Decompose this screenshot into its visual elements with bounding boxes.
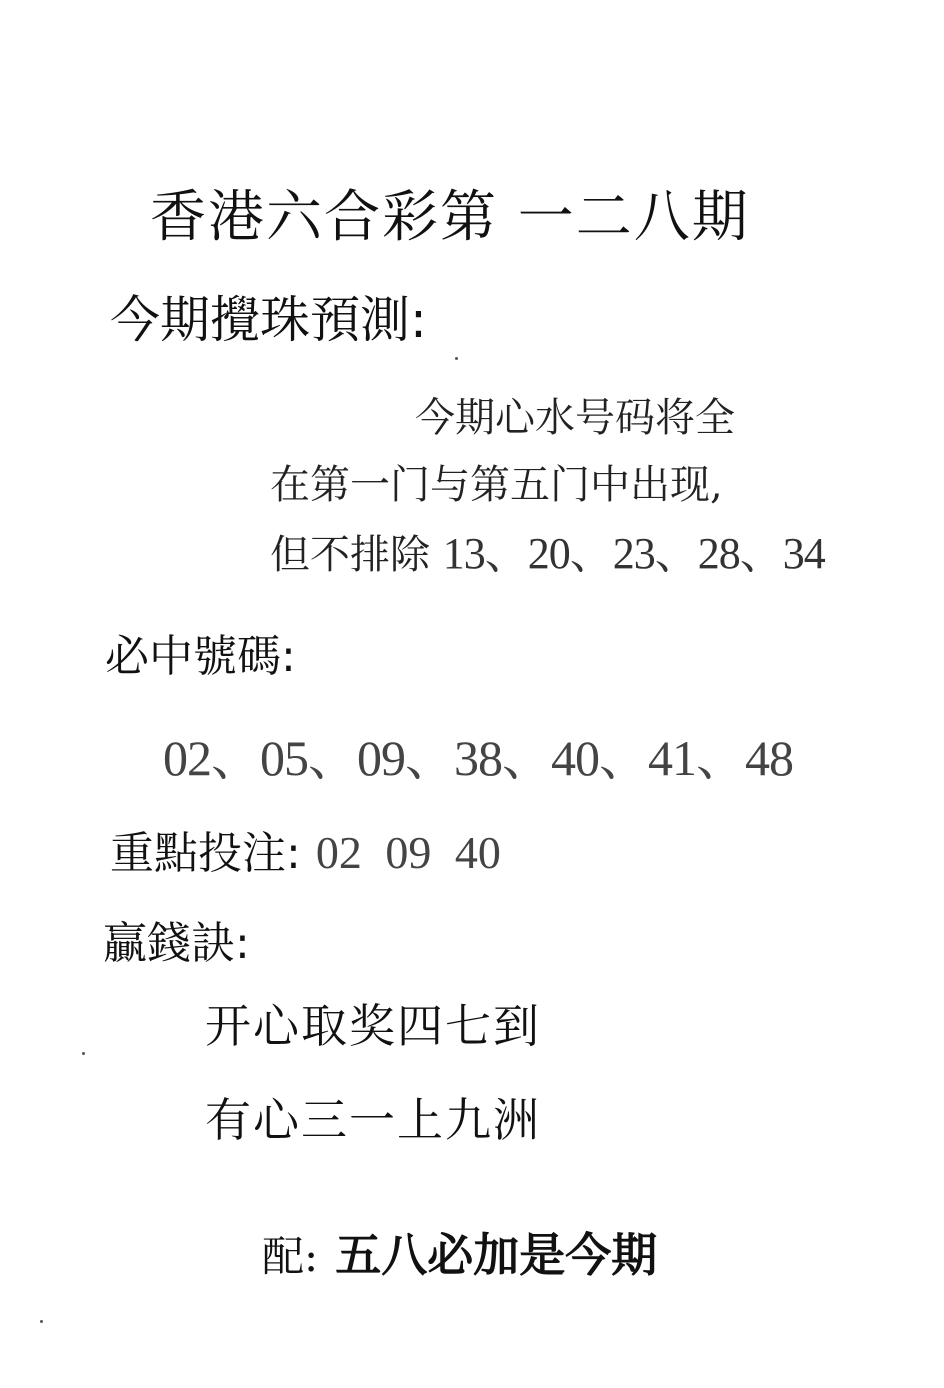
- match-row: 配: 五八必加是今期: [262, 1232, 657, 1278]
- must-hit-numbers: 02、05、09、38、40、41、48: [163, 733, 793, 783]
- match-text: 五八必加是今期: [335, 1228, 657, 1282]
- prediction-exclusion-text: 但不排除: [270, 532, 430, 578]
- prediction-label: 今期攪珠預測:: [110, 295, 427, 345]
- must-hit-label: 必中號碼:: [105, 635, 296, 679]
- excluded-numbers: 13、20、23、28、34: [443, 529, 825, 578]
- winning-verse-1: 开心取奖四七到: [205, 1003, 541, 1049]
- match-label: 配:: [262, 1232, 318, 1281]
- winning-verse-2: 有心三一上九洲: [205, 1097, 541, 1143]
- winning-tip-label: 贏錢訣:: [103, 922, 250, 966]
- focus-bet-numbers: 02 09 40: [316, 827, 501, 878]
- focus-bet-row: 重點投注: 02 09 40: [110, 830, 501, 876]
- prediction-line-1: 今期心水号码将全: [415, 398, 735, 438]
- scan-speck: [82, 1052, 85, 1055]
- prediction-line-2: 在第一门与第五门中出现,: [270, 465, 723, 505]
- scan-speck: [40, 1320, 43, 1323]
- scan-speck: [455, 357, 458, 360]
- issue-title: 香港六合彩第 一二八期: [150, 190, 750, 246]
- prediction-line-3: 但不排除 13、20、23、28、34: [270, 532, 825, 576]
- focus-bet-label: 重點投注:: [110, 828, 301, 879]
